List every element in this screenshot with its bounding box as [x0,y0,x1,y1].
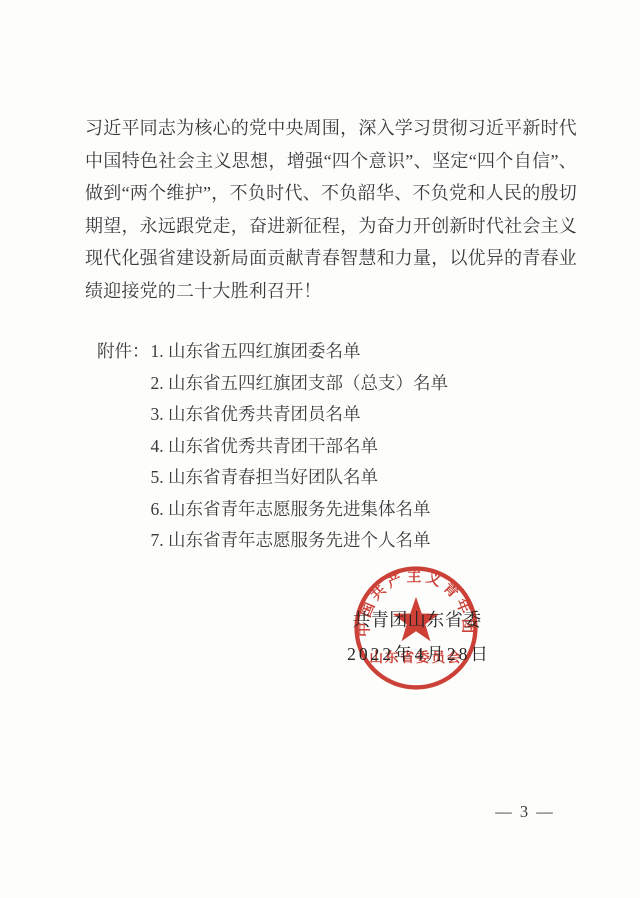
attachment-item: 2. 山东省五四红旗团支部（总支）名单 [151,368,449,400]
attachments-label: 附件： [97,336,150,368]
issue-date: 2022年4月28日 [339,645,499,664]
attachment-item: 6. 山东省青年志愿服务先进集体名单 [151,494,449,526]
attachment-item: 3. 山东省优秀共青团员名单 [151,399,449,431]
body-paragraph: 习近平同志为核心的党中央周围，深入学习贯彻习近平新时代中国特色社会主义思想，增强… [85,112,577,308]
attachment-item: 7. 山东省青年志愿服务先进个人名单 [151,525,449,557]
page-number: — 3 — [480,802,570,822]
attachments-block: 附件： 1. 山东省五四红旗团委名单 2. 山东省五四红旗团支部（总支）名单 3… [97,336,448,557]
document-page: 习近平同志为核心的党中央周围，深入学习贯彻习近平新时代中国特色社会主义思想，增强… [0,0,640,898]
issuer-signature: 共青团山东省委 [347,611,487,630]
attachment-item: 1. 山东省五四红旗团委名单 [151,336,449,368]
attachment-item: 4. 山东省优秀共青团干部名单 [151,431,449,463]
attachment-item: 5. 山东省青春担当好团队名单 [151,462,449,494]
attachments-list: 1. 山东省五四红旗团委名单 2. 山东省五四红旗团支部（总支）名单 3. 山东… [151,336,449,557]
